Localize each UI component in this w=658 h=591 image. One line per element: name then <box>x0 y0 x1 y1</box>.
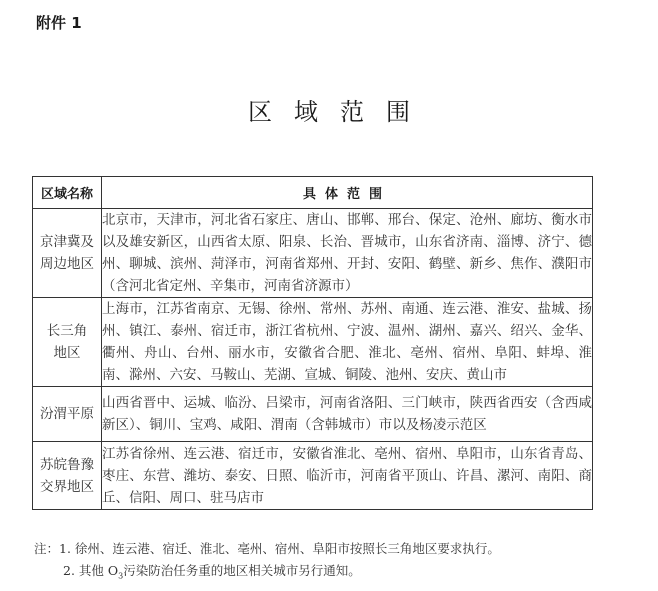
region-name-cell: 苏皖鲁豫交界地区 <box>33 442 102 510</box>
table-row: 苏皖鲁豫交界地区 江苏省徐州、连云港、宿迁市，安徽省淮北、亳州、宿州、阜阳市，山… <box>33 442 593 510</box>
attachment-label: 附件 1 <box>36 12 82 33</box>
column-header-region-name: 区域名称 <box>33 177 102 209</box>
notes-prefix: 注： <box>34 541 59 556</box>
note-2: 2. 其他 O3污染防治任务重的地区相关城市另行通知。 <box>34 560 500 588</box>
table-row: 长三角地区 上海市，江苏省南京、无锡、徐州、常州、苏州、南通、连云港、淮安、盐城… <box>33 298 593 387</box>
region-name: 京津冀及周边地区 <box>37 231 97 275</box>
region-name-cell: 汾渭平原 <box>33 387 102 442</box>
table-row: 京津冀及周边地区 北京市，天津市，河北省石家庄、唐山、邯郸、邢台、保定、沧州、廊… <box>33 209 593 298</box>
region-name: 长三角地区 <box>45 320 90 364</box>
note-2-text-end: 污染防治任务重的地区相关城市另行通知。 <box>123 563 361 578</box>
region-name-cell: 长三角地区 <box>33 298 102 387</box>
table-row: 汾渭平原 山西省晋中、运城、临汾、吕梁市，河南省洛阳、三门峡市，陕西省西安（含西… <box>33 387 593 442</box>
note-1: 注：1. 徐州、连云港、宿迁、淮北、亳州、宿州、阜阳市按照长三角地区要求执行。 <box>34 538 500 560</box>
notes: 注：1. 徐州、连云港、宿迁、淮北、亳州、宿州、阜阳市按照长三角地区要求执行。 … <box>34 538 500 588</box>
note-1-text: 1. 徐州、连云港、宿迁、淮北、亳州、宿州、阜阳市按照长三角地区要求执行。 <box>59 541 500 556</box>
region-name: 苏皖鲁豫交界地区 <box>37 454 97 498</box>
page-title: 区域范围 <box>0 92 658 127</box>
table-header-row: 区域名称 具体范围 <box>33 177 593 209</box>
region-scope-cell: 山西省晋中、运城、临汾、吕梁市，河南省洛阳、三门峡市，陕西省西安（含西咸新区）、… <box>102 387 593 442</box>
column-header-scope: 具体范围 <box>102 177 593 209</box>
region-scope-cell: 江苏省徐州、连云港、宿迁市，安徽省淮北、亳州、宿州、阜阳市，山东省青岛、枣庄、东… <box>102 442 593 510</box>
region-name-cell: 京津冀及周边地区 <box>33 209 102 298</box>
note-2-text-start: 2. 其他 O <box>63 563 118 578</box>
region-scope-cell: 北京市，天津市，河北省石家庄、唐山、邯郸、邢台、保定、沧州、廊坊、衡水市以及雄安… <box>102 209 593 298</box>
region-name: 汾渭平原 <box>40 406 94 422</box>
region-table: 区域名称 具体范围 京津冀及周边地区 北京市，天津市，河北省石家庄、唐山、邯郸、… <box>32 176 593 510</box>
region-scope-cell: 上海市，江苏省南京、无锡、徐州、常州、苏州、南通、连云港、淮安、盐城、扬州、镇江… <box>102 298 593 387</box>
